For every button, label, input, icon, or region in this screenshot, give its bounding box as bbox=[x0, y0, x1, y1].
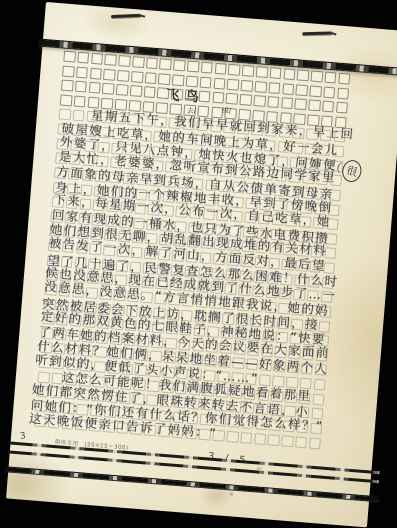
grid-cell bbox=[201, 62, 213, 74]
grid-cell bbox=[226, 430, 238, 442]
grid-cell bbox=[309, 85, 321, 97]
grid-cell bbox=[77, 52, 89, 64]
photo-backdrop: 飞鸟 星期五下午，我们早早就回到家来，早上回破屋嫂上吃草，她的车间晚上为草，好一… bbox=[0, 0, 397, 528]
grid-cell bbox=[242, 65, 254, 77]
grid-cell bbox=[226, 93, 238, 105]
grid-cell bbox=[337, 87, 349, 99]
grid-cell bbox=[214, 63, 226, 75]
grid-cell bbox=[118, 55, 130, 67]
grid-cell bbox=[240, 432, 252, 444]
grid-cell bbox=[116, 84, 128, 96]
grid-cell bbox=[294, 99, 306, 111]
grid-cell bbox=[253, 95, 265, 107]
manuscript-grid bbox=[46, 2, 397, 31]
grid-cell bbox=[62, 65, 74, 77]
grid-cell bbox=[309, 437, 321, 449]
grid-cell bbox=[240, 94, 252, 106]
grid-cell bbox=[241, 80, 253, 92]
grid-cell bbox=[323, 86, 335, 98]
grid-cell bbox=[131, 71, 143, 83]
grid-cell bbox=[227, 78, 239, 90]
grid-cell bbox=[322, 101, 334, 113]
grid-cell bbox=[61, 80, 73, 92]
staple-icon bbox=[111, 14, 141, 18]
grid-cell bbox=[132, 56, 144, 68]
margin-paren: （ bbox=[328, 159, 343, 175]
grid-cell bbox=[281, 435, 293, 447]
insertion-mark: 去∕ bbox=[187, 106, 196, 116]
grid-cell bbox=[267, 434, 279, 446]
grid-cell bbox=[296, 84, 308, 96]
staple-icon bbox=[302, 31, 332, 35]
grid-cell bbox=[336, 102, 348, 114]
grid-cell bbox=[102, 83, 114, 95]
grid-cell bbox=[76, 66, 88, 78]
grid-cell bbox=[117, 70, 129, 82]
grid-cell bbox=[103, 68, 115, 80]
grid-cell bbox=[324, 72, 336, 84]
grid-cell bbox=[282, 83, 294, 95]
grid-cell bbox=[254, 81, 266, 93]
grid-cell bbox=[145, 72, 157, 84]
handwriting-block: 星期五下午，我们早早就回到家来，早上回破屋嫂上吃草，她的车间晚上为草，好一会儿外… bbox=[46, 2, 397, 31]
grid-cell bbox=[213, 77, 225, 89]
grid-cell bbox=[295, 436, 307, 448]
grid-cell bbox=[338, 73, 350, 85]
grid-cell bbox=[63, 51, 75, 63]
margin-circled-char: 很 bbox=[340, 158, 364, 184]
grid-cell bbox=[173, 59, 185, 71]
essay-title: 飞鸟 bbox=[165, 83, 205, 105]
grid-cell bbox=[228, 64, 240, 76]
grid-cell bbox=[91, 53, 103, 65]
grid-cell bbox=[267, 96, 279, 108]
insertion-mark: 级∕ bbox=[222, 106, 231, 116]
grid-cell bbox=[308, 100, 320, 112]
grid-cell bbox=[268, 82, 280, 94]
grid-cell bbox=[143, 86, 155, 98]
grid-cell bbox=[146, 57, 158, 69]
manuscript-sheet: 飞鸟 星期五下午，我们早早就回到家来，早上回破屋嫂上吃草，她的车间晚上为草，好一… bbox=[6, 2, 397, 527]
grid-cell bbox=[104, 54, 116, 66]
grid-cell bbox=[281, 97, 293, 109]
page-number-corner: 3 bbox=[19, 431, 26, 442]
grid-cell bbox=[212, 92, 224, 104]
grid-cell bbox=[297, 69, 309, 81]
grid-cell bbox=[187, 61, 199, 73]
grid-cell bbox=[283, 68, 295, 80]
grid-cell bbox=[88, 82, 100, 94]
grid-cell bbox=[130, 85, 142, 97]
grid-cell bbox=[269, 67, 281, 79]
grid-cell bbox=[256, 66, 268, 78]
grid-cell bbox=[90, 67, 102, 79]
grid-cell bbox=[312, 393, 324, 405]
grid-cell bbox=[159, 58, 171, 70]
grid-cell bbox=[254, 433, 266, 445]
grid-cell bbox=[313, 379, 325, 391]
grid-cell bbox=[311, 71, 323, 83]
grid-cell bbox=[75, 81, 87, 93]
